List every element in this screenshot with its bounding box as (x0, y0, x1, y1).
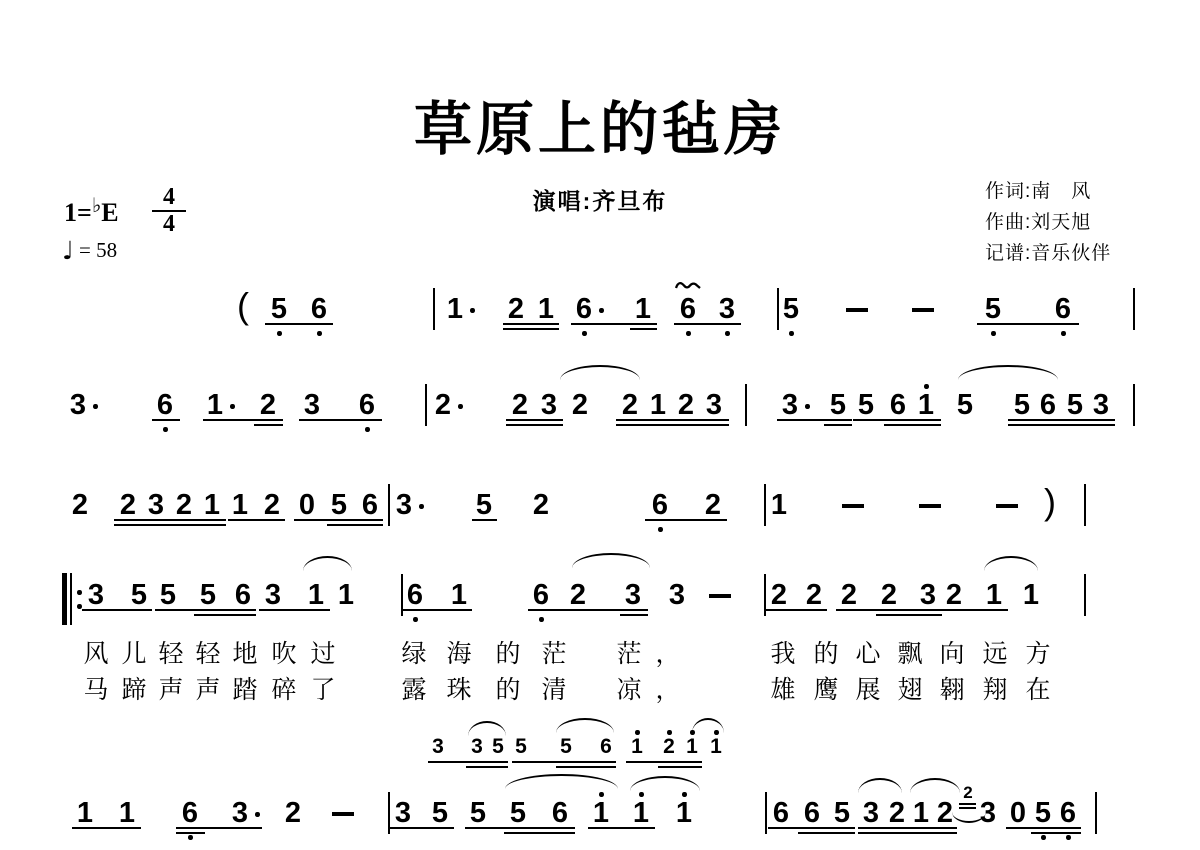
beam-underline (203, 419, 283, 421)
note: 1 (308, 582, 324, 608)
beam-underline (194, 614, 256, 616)
octave-dot-low (317, 331, 322, 336)
repeat-sign-thin-bar (70, 573, 72, 625)
note: 1 (676, 800, 692, 826)
slur-arc (303, 556, 352, 571)
augmentation-dot (805, 404, 810, 409)
note: 2 (570, 582, 586, 608)
grace-underline (959, 807, 976, 809)
note: 6 (890, 392, 906, 418)
lyric-char: 马 (83, 670, 108, 706)
beam-underline (616, 424, 729, 426)
beam-underline (588, 827, 655, 829)
note: 1 (771, 492, 787, 518)
note: 6 (359, 392, 375, 418)
octave-dot-low (991, 331, 996, 336)
lyric-char: 露 (401, 670, 426, 706)
beam-underline (766, 609, 827, 611)
note: 2 (512, 392, 528, 418)
note: 2 (120, 492, 136, 518)
barline (764, 484, 766, 526)
note: 6 (552, 800, 568, 826)
barline (745, 384, 747, 426)
note: 3 (70, 392, 86, 418)
lyric-char: 茫 (616, 634, 641, 670)
lyric-char: 凉 (616, 670, 641, 706)
note: 2 (889, 800, 905, 826)
octave-dot-low (789, 331, 794, 336)
note: 5 (783, 296, 799, 322)
beam-underline (390, 827, 454, 829)
lyric-char: 的 (813, 634, 838, 670)
lyric-char: 清 (541, 670, 566, 706)
note: 2 (663, 737, 675, 756)
beam-underline (402, 609, 472, 611)
beam-underline (176, 827, 262, 829)
beam-underline (152, 419, 180, 421)
beam-underline (876, 614, 942, 616)
octave-dot-low (163, 427, 168, 432)
octave-dot-low (188, 835, 193, 840)
beam-underline (327, 524, 383, 526)
octave-dot-high (667, 730, 672, 735)
note: 6 (1060, 800, 1076, 826)
augmentation-dot (230, 404, 235, 409)
lyric-char: 海 (446, 634, 471, 670)
beam-underline (254, 424, 283, 426)
note: 2 (176, 492, 192, 518)
beam-underline (1006, 827, 1081, 829)
slur-arc (556, 718, 614, 733)
beam-underline (504, 832, 575, 834)
note: 6 (157, 392, 173, 418)
augmentation-dot (93, 404, 98, 409)
note: 5 (985, 296, 1001, 322)
note: 3 (1093, 392, 1109, 418)
note: 1 (447, 296, 463, 322)
lyric-char: 儿 (121, 634, 146, 670)
note: 5 (1067, 392, 1083, 418)
beam-underline (858, 827, 957, 829)
beam-underline (630, 328, 657, 330)
note: 3 (471, 737, 483, 756)
sustain-dash (842, 504, 864, 508)
octave-dot-low (658, 527, 663, 532)
note: 6 (652, 492, 668, 518)
sustain-dash (846, 308, 868, 312)
octave-dot-low (582, 331, 587, 336)
augmentation-dot (470, 308, 475, 313)
note: 2 (771, 582, 787, 608)
beam-underline (616, 419, 729, 421)
note: 6 (773, 800, 789, 826)
note: 3 (920, 582, 936, 608)
note: 3 (863, 800, 879, 826)
note: 3 (148, 492, 164, 518)
note: 6 (804, 800, 820, 826)
note: 1 (650, 392, 666, 418)
sustain-dash (332, 812, 354, 816)
note: 5 (476, 492, 492, 518)
lyric-char: 向 (939, 634, 964, 670)
beam-underline (853, 419, 941, 421)
beam-underline (824, 424, 852, 426)
slur-arc (692, 718, 724, 733)
note: 3 (396, 492, 412, 518)
note: 6 (600, 737, 612, 756)
score-canvas: (561216163556361236223221233556155653223… (0, 0, 1200, 850)
note: 1 (686, 737, 698, 756)
beam-underline (941, 609, 1008, 611)
barline (1133, 384, 1135, 426)
note: 6 (362, 492, 378, 518)
beam-underline (674, 323, 741, 325)
octave-dot-low (365, 427, 370, 432)
beam-underline (265, 323, 333, 325)
beam-underline (836, 609, 942, 611)
augmentation-dot (458, 404, 463, 409)
barline (777, 288, 779, 330)
slur-arc (630, 776, 700, 791)
note: 5 (510, 800, 526, 826)
slur-arc (572, 553, 650, 568)
note: 6 (533, 582, 549, 608)
beam-underline (155, 609, 256, 611)
note: 1 (913, 800, 929, 826)
note: 5 (1035, 800, 1051, 826)
sustain-dash (919, 504, 941, 508)
note: 2 (285, 800, 301, 826)
octave-dot-high (639, 792, 644, 797)
note: 6 (1040, 392, 1056, 418)
augmentation-dot (419, 504, 424, 509)
octave-dot-low (1041, 835, 1046, 840)
octave-dot-high (635, 730, 640, 735)
note: 2 (72, 492, 88, 518)
octave-dot-low (539, 617, 544, 622)
slur-arc (505, 774, 618, 789)
octave-dot-high (682, 792, 687, 797)
slur-arc (560, 365, 640, 380)
octave-dot-low (1061, 331, 1066, 336)
lyric-char: 翔 (982, 670, 1007, 706)
sheet-music-page: 草原上的毡房 演唱:齐旦布 1=♭E 4 4 ♩ = 58 作词:南 风作曲:刘… (0, 0, 1200, 850)
note: 5 (957, 392, 973, 418)
note: 3 (265, 582, 281, 608)
note: 5 (515, 737, 527, 756)
beam-underline (299, 419, 382, 421)
lyric-char: 翅 (897, 670, 922, 706)
barline (1133, 288, 1135, 330)
beam-underline (114, 519, 226, 521)
note: 1 (338, 582, 354, 608)
lyric-char: 蹄 (121, 670, 146, 706)
lyric-char: 轻 (158, 634, 183, 670)
lyric-char: 的 (495, 634, 520, 670)
beam-underline (528, 609, 648, 611)
note: 3 (782, 392, 798, 418)
note: 1 (1023, 582, 1039, 608)
note: 1 (986, 582, 1002, 608)
lyric-char: 雄 (770, 670, 795, 706)
beam-underline (465, 827, 575, 829)
note: 3 (304, 392, 320, 418)
beam-underline (858, 832, 957, 834)
note: 3 (88, 582, 104, 608)
note: 2 (841, 582, 857, 608)
note: 3 (395, 800, 411, 826)
lyric-char: 飘 (897, 634, 922, 670)
lyric-char: 心 (855, 634, 880, 670)
note: 2 (705, 492, 721, 518)
note: 3 (719, 296, 735, 322)
note: 2 (946, 582, 962, 608)
octave-dot-low (413, 617, 418, 622)
lyric-char: 茫 (541, 634, 566, 670)
beam-underline (228, 519, 285, 521)
lyric-char: 绿 (401, 634, 426, 670)
note: 5 (834, 800, 850, 826)
beam-underline (620, 614, 648, 616)
note: 1 (207, 392, 223, 418)
note: 3 (625, 582, 641, 608)
note: 2 (806, 582, 822, 608)
barline (1084, 574, 1086, 616)
note: 3 (432, 737, 444, 756)
lyric-char: 过 (310, 634, 335, 670)
note: 6 (1055, 296, 1071, 322)
beam-underline (977, 323, 1079, 325)
note: 1 (631, 737, 643, 756)
beam-underline (645, 519, 727, 521)
octave-dot-high (924, 384, 929, 389)
slur-arc (858, 778, 902, 793)
octave-dot-low (1066, 835, 1071, 840)
note: 2 (937, 800, 953, 826)
note: 2 (678, 392, 694, 418)
note: 5 (1014, 392, 1030, 418)
note: 6 (235, 582, 251, 608)
sustain-dash (709, 594, 731, 598)
note: 5 (160, 582, 176, 608)
note: 6 (182, 800, 198, 826)
beam-underline (884, 424, 941, 426)
note: 3 (706, 392, 722, 418)
beam-underline (1008, 424, 1115, 426)
beam-underline (506, 419, 563, 421)
beam-underline (82, 609, 152, 611)
sustain-dash (912, 308, 934, 312)
note: 1 (633, 800, 649, 826)
note: 1 (593, 800, 609, 826)
note: 6 (680, 296, 696, 322)
sustain-dash (996, 504, 1018, 508)
note: 5 (830, 392, 846, 418)
lyric-char: 碎 (271, 670, 296, 706)
beam-underline (466, 766, 508, 768)
note: 1 (918, 392, 934, 418)
lyric-char: 风 (83, 634, 108, 670)
octave-dot-low (277, 331, 282, 336)
lyric-char: 地 (232, 634, 257, 670)
barline (388, 484, 390, 526)
note: 1 (710, 737, 722, 756)
note: 2 (881, 582, 897, 608)
beam-underline (571, 323, 657, 325)
note: 5 (560, 737, 572, 756)
beam-underline (506, 424, 563, 426)
lyric-char: 珠 (446, 670, 471, 706)
note: 1 (232, 492, 248, 518)
lyric-char: 轻 (195, 634, 220, 670)
lyric-char: 声 (195, 670, 220, 706)
beam-underline (556, 766, 616, 768)
beam-underline (512, 761, 616, 763)
beam-underline (503, 328, 559, 330)
beam-underline (658, 766, 702, 768)
repeat-dot (77, 604, 82, 609)
barline (433, 288, 435, 330)
barline (1084, 484, 1086, 526)
note: 2 (435, 392, 451, 418)
barline (1095, 792, 1097, 834)
note: 3 (232, 800, 248, 826)
beam-underline (294, 519, 383, 521)
note: 2 (260, 392, 276, 418)
note: 6 (407, 582, 423, 608)
beam-underline (1031, 832, 1081, 834)
lyric-char: 方 (1025, 634, 1050, 670)
note: 5 (432, 800, 448, 826)
slur-arc (958, 365, 1058, 380)
beam-underline (768, 827, 855, 829)
beam-underline (503, 323, 559, 325)
open-parenthesis: ( (237, 288, 249, 324)
grace-note: 2 (963, 785, 972, 800)
note: 5 (858, 392, 874, 418)
note: 2 (622, 392, 638, 418)
beam-underline (798, 832, 855, 834)
lyric-char: 展 (855, 670, 880, 706)
note: 2 (533, 492, 549, 518)
note: 5 (271, 296, 287, 322)
note: 2 (572, 392, 588, 418)
slur-arc (910, 778, 960, 793)
octave-dot-low (686, 331, 691, 336)
note: 1 (204, 492, 220, 518)
lyric-char: 我 (770, 634, 795, 670)
beam-underline (176, 832, 205, 834)
octave-dot-low (725, 331, 730, 336)
barline (765, 792, 767, 834)
note: 3 (541, 392, 557, 418)
lyric-char: ， (655, 670, 680, 706)
beam-underline (259, 609, 330, 611)
note: 1 (635, 296, 651, 322)
lyric-char: 翱 (939, 670, 964, 706)
lyric-char: 吹 (271, 634, 296, 670)
note: 5 (492, 737, 504, 756)
lyric-char: 的 (495, 670, 520, 706)
note: 5 (331, 492, 347, 518)
lyric-char: 了 (310, 670, 335, 706)
mordent-icon (675, 277, 701, 295)
augmentation-dot (599, 308, 604, 313)
note: 3 (669, 582, 685, 608)
lyric-char: ， (655, 634, 680, 670)
note: 0 (299, 492, 315, 518)
grace-underline (959, 803, 976, 805)
slur-arc (468, 721, 506, 736)
lyric-char: 远 (982, 634, 1007, 670)
beam-underline (626, 761, 702, 763)
note: 2 (264, 492, 280, 518)
note: 1 (451, 582, 467, 608)
note: 6 (311, 296, 327, 322)
barline (425, 384, 427, 426)
lyric-char: 踏 (232, 670, 257, 706)
beam-underline (114, 524, 226, 526)
note: 5 (131, 582, 147, 608)
lyric-char: 声 (158, 670, 183, 706)
beam-underline (1008, 419, 1115, 421)
slur-arc (984, 556, 1038, 571)
note: 5 (200, 582, 216, 608)
octave-dot-high (599, 792, 604, 797)
note: 0 (1010, 800, 1026, 826)
note: 1 (538, 296, 554, 322)
note: 2 (508, 296, 524, 322)
augmentation-dot (255, 812, 260, 817)
close-parenthesis: ) (1044, 484, 1056, 520)
note: 5 (470, 800, 486, 826)
note: 6 (576, 296, 592, 322)
note: 1 (77, 800, 93, 826)
note: 1 (119, 800, 135, 826)
beam-underline (777, 419, 852, 421)
repeat-sign-thick-bar (62, 573, 67, 625)
beam-underline (72, 827, 141, 829)
lyric-char: 鹰 (813, 670, 838, 706)
repeat-dot (77, 590, 82, 595)
beam-underline (472, 519, 497, 521)
lyric-char: 在 (1025, 670, 1050, 706)
beam-underline (428, 761, 508, 763)
